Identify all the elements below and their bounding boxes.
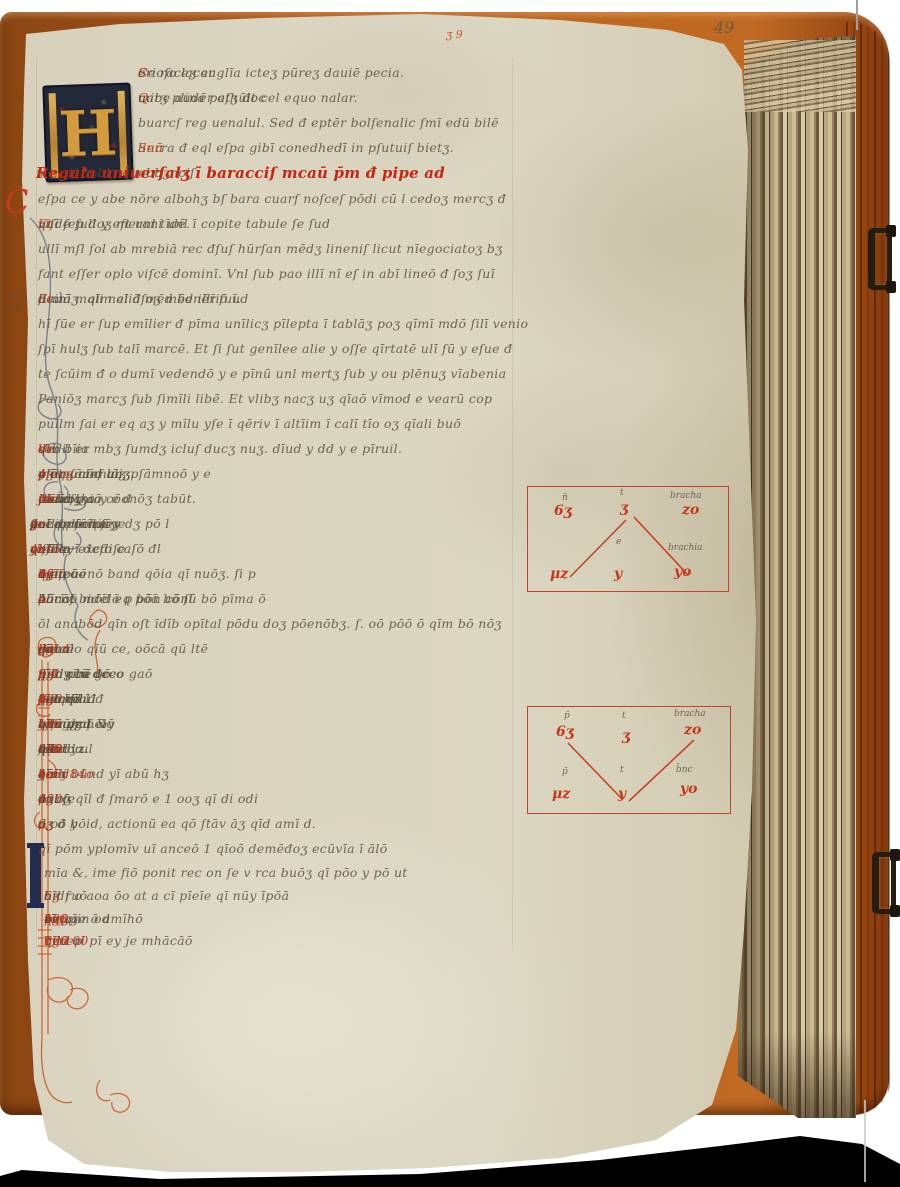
diagram-label: μz [550,566,568,582]
diagram-label: yo [680,781,697,797]
diagram-label: ʒ [620,500,628,516]
diagram-label: 6ʒ [554,503,572,519]
diagram-label: yo [674,564,691,580]
clasp-bottom-icon [872,852,896,914]
diagram-label: bracha [670,491,702,501]
diagram-label: p̄ [564,711,570,721]
diagram-label: 6ʒ [556,724,574,740]
barter-diagram-lower: p̄6ʒtʒbrachazop̄μztyb̄ncyo [527,706,731,814]
diagram-label: t [620,765,624,775]
bookmark-thread-bottom [864,1100,866,1182]
clasp-top-icon [868,228,892,290]
diagram-label: y [614,566,622,582]
diagram-label: e [616,537,621,547]
diagram-label: t̄ [620,488,624,498]
barter-diagram-upper: n̄6ʒt̄ʒbrachazoebrachiaμzyyo [527,486,729,592]
diagram-label: p̄ [562,767,568,777]
barter-diagrams: n̄6ʒt̄ʒbrachazoebrachiaμzyyop̄6ʒtʒbracha… [0,0,900,1187]
diagram-label: zo [682,502,699,518]
diagram-label: zo [684,722,701,738]
diagram-label: t [622,711,626,721]
diagram-label: brachia [668,543,703,553]
manuscript-photo: C [0,0,900,1187]
diagram-label: n̄ [562,493,568,503]
diagram-label: y [618,786,626,802]
diagram-label: ʒ [622,728,630,744]
diagram-label: b̄nc [676,765,693,775]
diagram-label: μz [552,786,570,802]
diagram-label: bracha [674,709,706,719]
